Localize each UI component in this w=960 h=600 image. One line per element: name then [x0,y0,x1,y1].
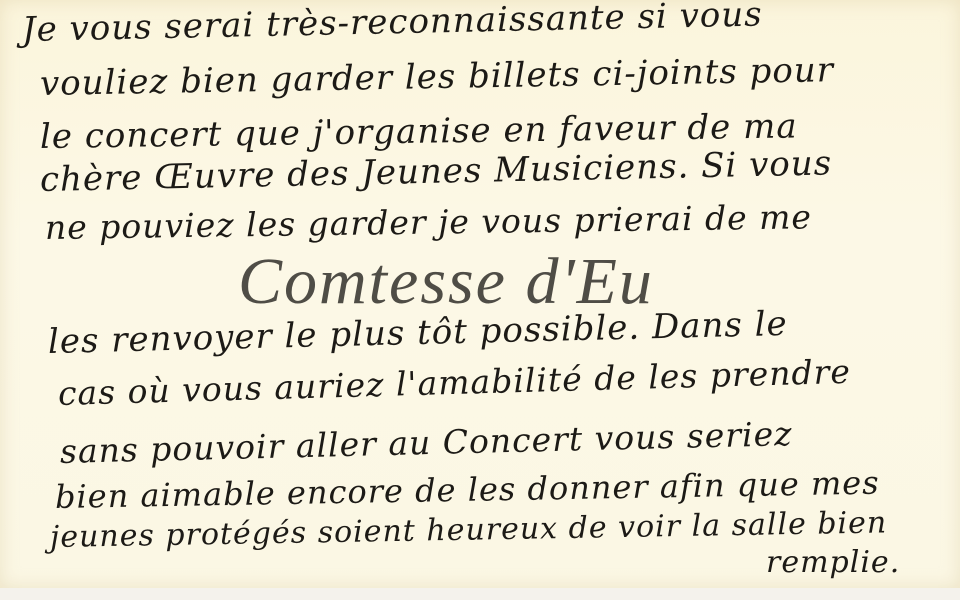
handwritten-line-6: les renvoyer le plus tôt possible. Dans … [48,304,789,362]
handwritten-line-7: cas où vous auriez l'amabilité de les pr… [57,352,851,413]
handwritten-line-11: remplie. [766,545,900,580]
handwritten-line-1: Je vous serai très-reconnaissante si vou… [22,0,763,50]
letter-card: Je vous serai très-reconnaissante si vou… [0,0,960,588]
handwritten-line-5: ne pouviez les garder je vous prierai de… [45,197,812,247]
handwritten-line-2: vouliez bien garder les billets ci-joint… [40,50,835,104]
handwritten-line-8: sans pouvoir aller au Concert vous serie… [60,414,793,471]
scan-bottom-edge [0,588,960,600]
